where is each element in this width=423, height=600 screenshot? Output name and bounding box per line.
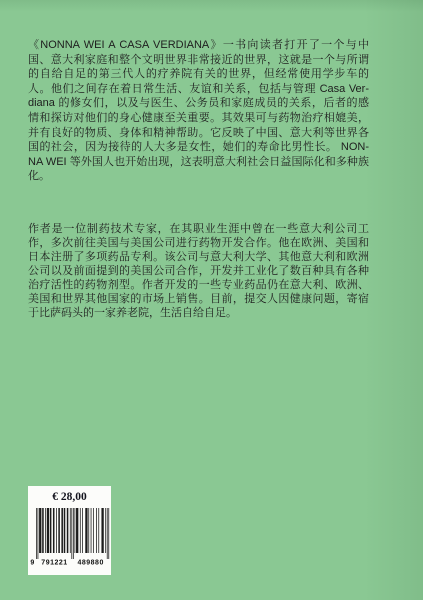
- text-line: 作者是一位制药技术专家，在其职业生涯中曾在一些意大利公司工: [28, 222, 369, 236]
- text-line: 国的社会，因为接待的人大多是女性，她们的寿命比男性长。 NON-: [28, 140, 369, 155]
- author-bio-paragraph: 作者是一位制药技术专家，在其职业生涯中曾在一些意大利公司工作，多次前往美国与美国…: [28, 222, 369, 320]
- book-back-cover: 《NONNA WEI A CASA VERDIANA》一书向读者打开了一个与中国…: [0, 0, 423, 600]
- text-line: 人。他们之间存在着日常生活、友谊和关系，包括与管理 Casa Ver-: [28, 82, 369, 97]
- text-line: diana 的修女们，以及与医生、公务员和家庭成员的关系，后者的感: [28, 96, 369, 111]
- text-line: 作，多次前往美国与美国公司进行药物开发合作。他在欧洲、美国和: [28, 236, 369, 250]
- svg-text:791221: 791221: [41, 560, 67, 567]
- text-line: 《NONNA WEI A CASA VERDIANA》一书向读者打开了一个与中: [28, 38, 369, 53]
- text-line: 化。: [28, 169, 369, 184]
- svg-text:489880: 489880: [77, 560, 103, 567]
- text-line: 美国和世界其他国家的市场上销售。目前，提交人因健康问题，寄宿: [28, 292, 369, 306]
- text-line: 日本注册了多项药品专利。该公司与意大利大学、其他意大利和欧洲: [28, 250, 369, 264]
- text-line: 国、意大利家庭和整个文明世界非常接近的世界，这就是一个与所谓: [28, 53, 369, 68]
- text-line: 治疗活性的药物剂型。作者开发的一些专业药品仍在意大利、欧洲、: [28, 278, 369, 292]
- text-line: 公司以及前面提到的美国公司合作，开发并工业化了数百种具有各种: [28, 264, 369, 278]
- text-line: 并有良好的物质、身体和精神帮助。它反映了中国、意大利等世界各: [28, 126, 369, 141]
- text-line: NA WEI 等外国人也开始出现，这表明意大利社会日益国际化和多种族: [28, 155, 369, 170]
- synopsis-paragraph: 《NONNA WEI A CASA VERDIANA》一书向读者打开了一个与中国…: [28, 38, 369, 184]
- price-text: € 28,00: [52, 490, 87, 505]
- text-line: 的自给自足的第三代人的疗养院有关的世界，但经常使用学步车的: [28, 67, 369, 82]
- ean13-barcode: 9791221489880: [30, 508, 110, 566]
- price-barcode-label: € 28,00 9791221489880: [28, 486, 111, 575]
- text-line: 情和探访对他们的身心健康至关重要。其效果可与药物治疗相媲美，: [28, 111, 369, 126]
- text-line: 于比萨码头的一家养老院，生活自给自足。: [28, 306, 369, 320]
- svg-text:9: 9: [30, 560, 34, 567]
